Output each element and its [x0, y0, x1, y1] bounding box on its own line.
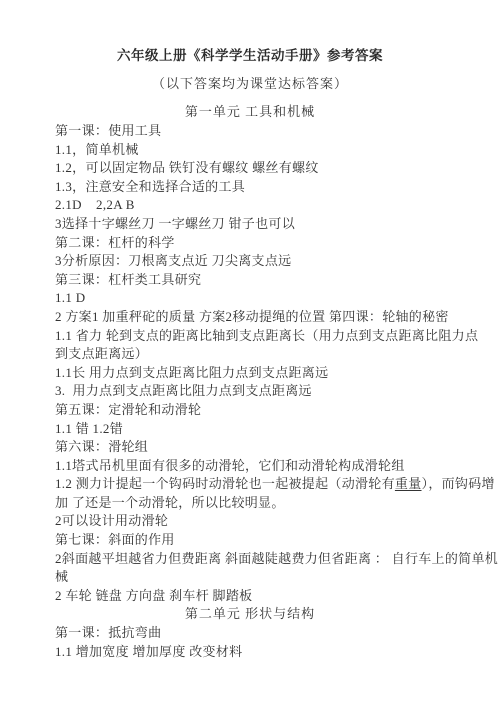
text-line-17: 1.1 错 1.2错: [55, 420, 460, 439]
text-line-6: 3选择十字螺丝刀 一字螺丝刀 钳子也可以: [55, 215, 460, 234]
text-line-3: 1.2，可以固定物品 铁钉没有螺纹 螺丝有螺纹: [55, 159, 460, 178]
document-subtitle: （以下答案均为课堂达标答案）: [40, 74, 460, 94]
text-segment: 第七课：斜面的作用: [55, 532, 175, 547]
text-line-28: 第一课：抵抗弯曲: [55, 624, 460, 643]
text-line-29: 1.1 增加宽度 增加厚度 改变材料: [55, 643, 460, 662]
text-segment: 1.1塔式吊机里面有很多的动滑轮，它们和动滑轮构成滑轮组: [55, 458, 405, 473]
text-segment: ），而钩码增: [422, 476, 495, 491]
text-segment: 第六课：滑轮组: [55, 439, 148, 454]
text-line-18: 第六课：滑轮组: [55, 438, 460, 457]
text-segment: 3选择十字螺丝刀 一字螺丝刀 钳子也可以: [55, 216, 295, 231]
text-segment: 第二课：杠杆的科学: [55, 235, 175, 250]
text-segment: 1.1 省力 轮到支点的距离比轴到支点距离长（用力点到支点距离比阻力点: [55, 328, 478, 343]
text-segment: 第三课：杠杆类工具研究: [55, 272, 201, 287]
text-line-2: 1.1，简单机械: [55, 141, 460, 160]
text-line-15: 3. 用力点到支点距离比阻力点到支点距离远: [55, 382, 460, 401]
text-segment: 2 车轮 链盘 方向盘 刹车杆 脚踏板: [55, 588, 252, 603]
text-line-14: 1.1长 用力点到支点距离比阻力点到支点距离远: [55, 364, 460, 383]
text-segment: 3. 用力点到支点距离比阻力点到支点距离远: [55, 383, 312, 398]
text-segment: 2斜面越平坦越省力但费距离 斜面越陡越费力但省距离 ： 自行车上的简单机: [55, 551, 498, 566]
text-segment: 械: [55, 569, 68, 584]
text-segment: 第五课：定滑轮和动滑轮: [55, 402, 201, 417]
text-line-20: 1.2 测力计提起一个钩码时动滑轮也一起被提起（动滑轮有重量），而钩码增: [55, 475, 460, 494]
text-segment: 2.1D 2,2A B: [55, 197, 135, 212]
text-line-13: 到支点距离远）: [55, 345, 460, 364]
text-line-10: 1.1 D: [55, 289, 460, 308]
text-line-27: 第二单元 形状与结构: [40, 605, 460, 624]
text-segment: 1.1长 用力点到支点距离比阻力点到支点距离远: [55, 365, 328, 380]
underlined-text: 重量: [395, 476, 422, 491]
text-segment: 1.1 增加宽度 增加厚度 改变材料: [55, 644, 242, 659]
text-segment: 1.1 错 1.2错: [55, 421, 123, 436]
text-segment: 1.3，注意安全和选择合适的工具: [55, 179, 245, 194]
text-segment: 第一课：使用工具: [55, 123, 161, 138]
text-line-25: 械: [55, 568, 460, 587]
text-line-8: 3分析原因：刀根离支点近 刀尖离支点远: [55, 252, 460, 271]
text-segment: 1.2 测力计提起一个钩码时动滑轮也一起被提起（动滑轮有: [55, 476, 395, 491]
text-line-16: 第五课：定滑轮和动滑轮: [55, 401, 460, 420]
text-line-12: 1.1 省力 轮到支点的距离比轴到支点距离长（用力点到支点距离比阻力点: [55, 327, 460, 346]
text-segment: 2 方案1 加重秤砣的质量 方案2移动提绳的位置 第四课：轮轴的秘密: [55, 309, 449, 324]
text-line-19: 1.1塔式吊机里面有很多的动滑轮，它们和动滑轮构成滑轮组: [55, 457, 460, 476]
unit1-heading: 第一单元 工具和机械: [40, 102, 460, 122]
text-segment: 3分析原因：刀根离支点近 刀尖离支点远: [55, 253, 291, 268]
text-line-5: 2.1D 2,2A B: [55, 196, 460, 215]
text-line-23: 第七课：斜面的作用: [55, 531, 460, 550]
text-segment: 1.1 D: [55, 290, 85, 305]
text-segment: 1.2，可以固定物品 铁钉没有螺纹 螺丝有螺纹: [55, 160, 319, 175]
text-line-1: 第一课：使用工具: [55, 122, 460, 141]
text-segment: 2可以设计用动滑轮: [55, 513, 168, 528]
text-line-21: 加 了还是一个动滑轮，所以比较明显。: [55, 494, 460, 513]
document-title: 六年级上册《科学学生活动手册》参考答案: [40, 46, 460, 66]
text-line-22: 2可以设计用动滑轮: [55, 512, 460, 531]
text-line-26: 2 车轮 链盘 方向盘 刹车杆 脚踏板: [55, 587, 460, 606]
text-line-7: 第二课：杠杆的科学: [55, 234, 460, 253]
document-body: 第一课：使用工具1.1，简单机械1.2，可以固定物品 铁钉没有螺纹 螺丝有螺纹1…: [55, 122, 460, 661]
text-segment: 第一课：抵抗弯曲: [55, 625, 161, 640]
document-page: 六年级上册《科学学生活动手册》参考答案 （以下答案均为课堂达标答案） 第一单元 …: [0, 0, 500, 707]
text-line-9: 第三课：杠杆类工具研究: [55, 271, 460, 290]
text-line-4: 1.3，注意安全和选择合适的工具: [55, 178, 460, 197]
text-segment: 到支点距离远）: [55, 346, 148, 361]
text-line-24: 2斜面越平坦越省力但费距离 斜面越陡越费力但省距离 ： 自行车上的简单机: [55, 550, 460, 569]
text-line-11: 2 方案1 加重秤砣的质量 方案2移动提绳的位置 第四课：轮轴的秘密: [55, 308, 460, 327]
text-segment: 第二单元 形状与结构: [185, 606, 315, 621]
text-segment: 加 了还是一个动滑轮，所以比较明显。: [55, 495, 285, 510]
text-segment: 1.1，简单机械: [55, 142, 139, 157]
